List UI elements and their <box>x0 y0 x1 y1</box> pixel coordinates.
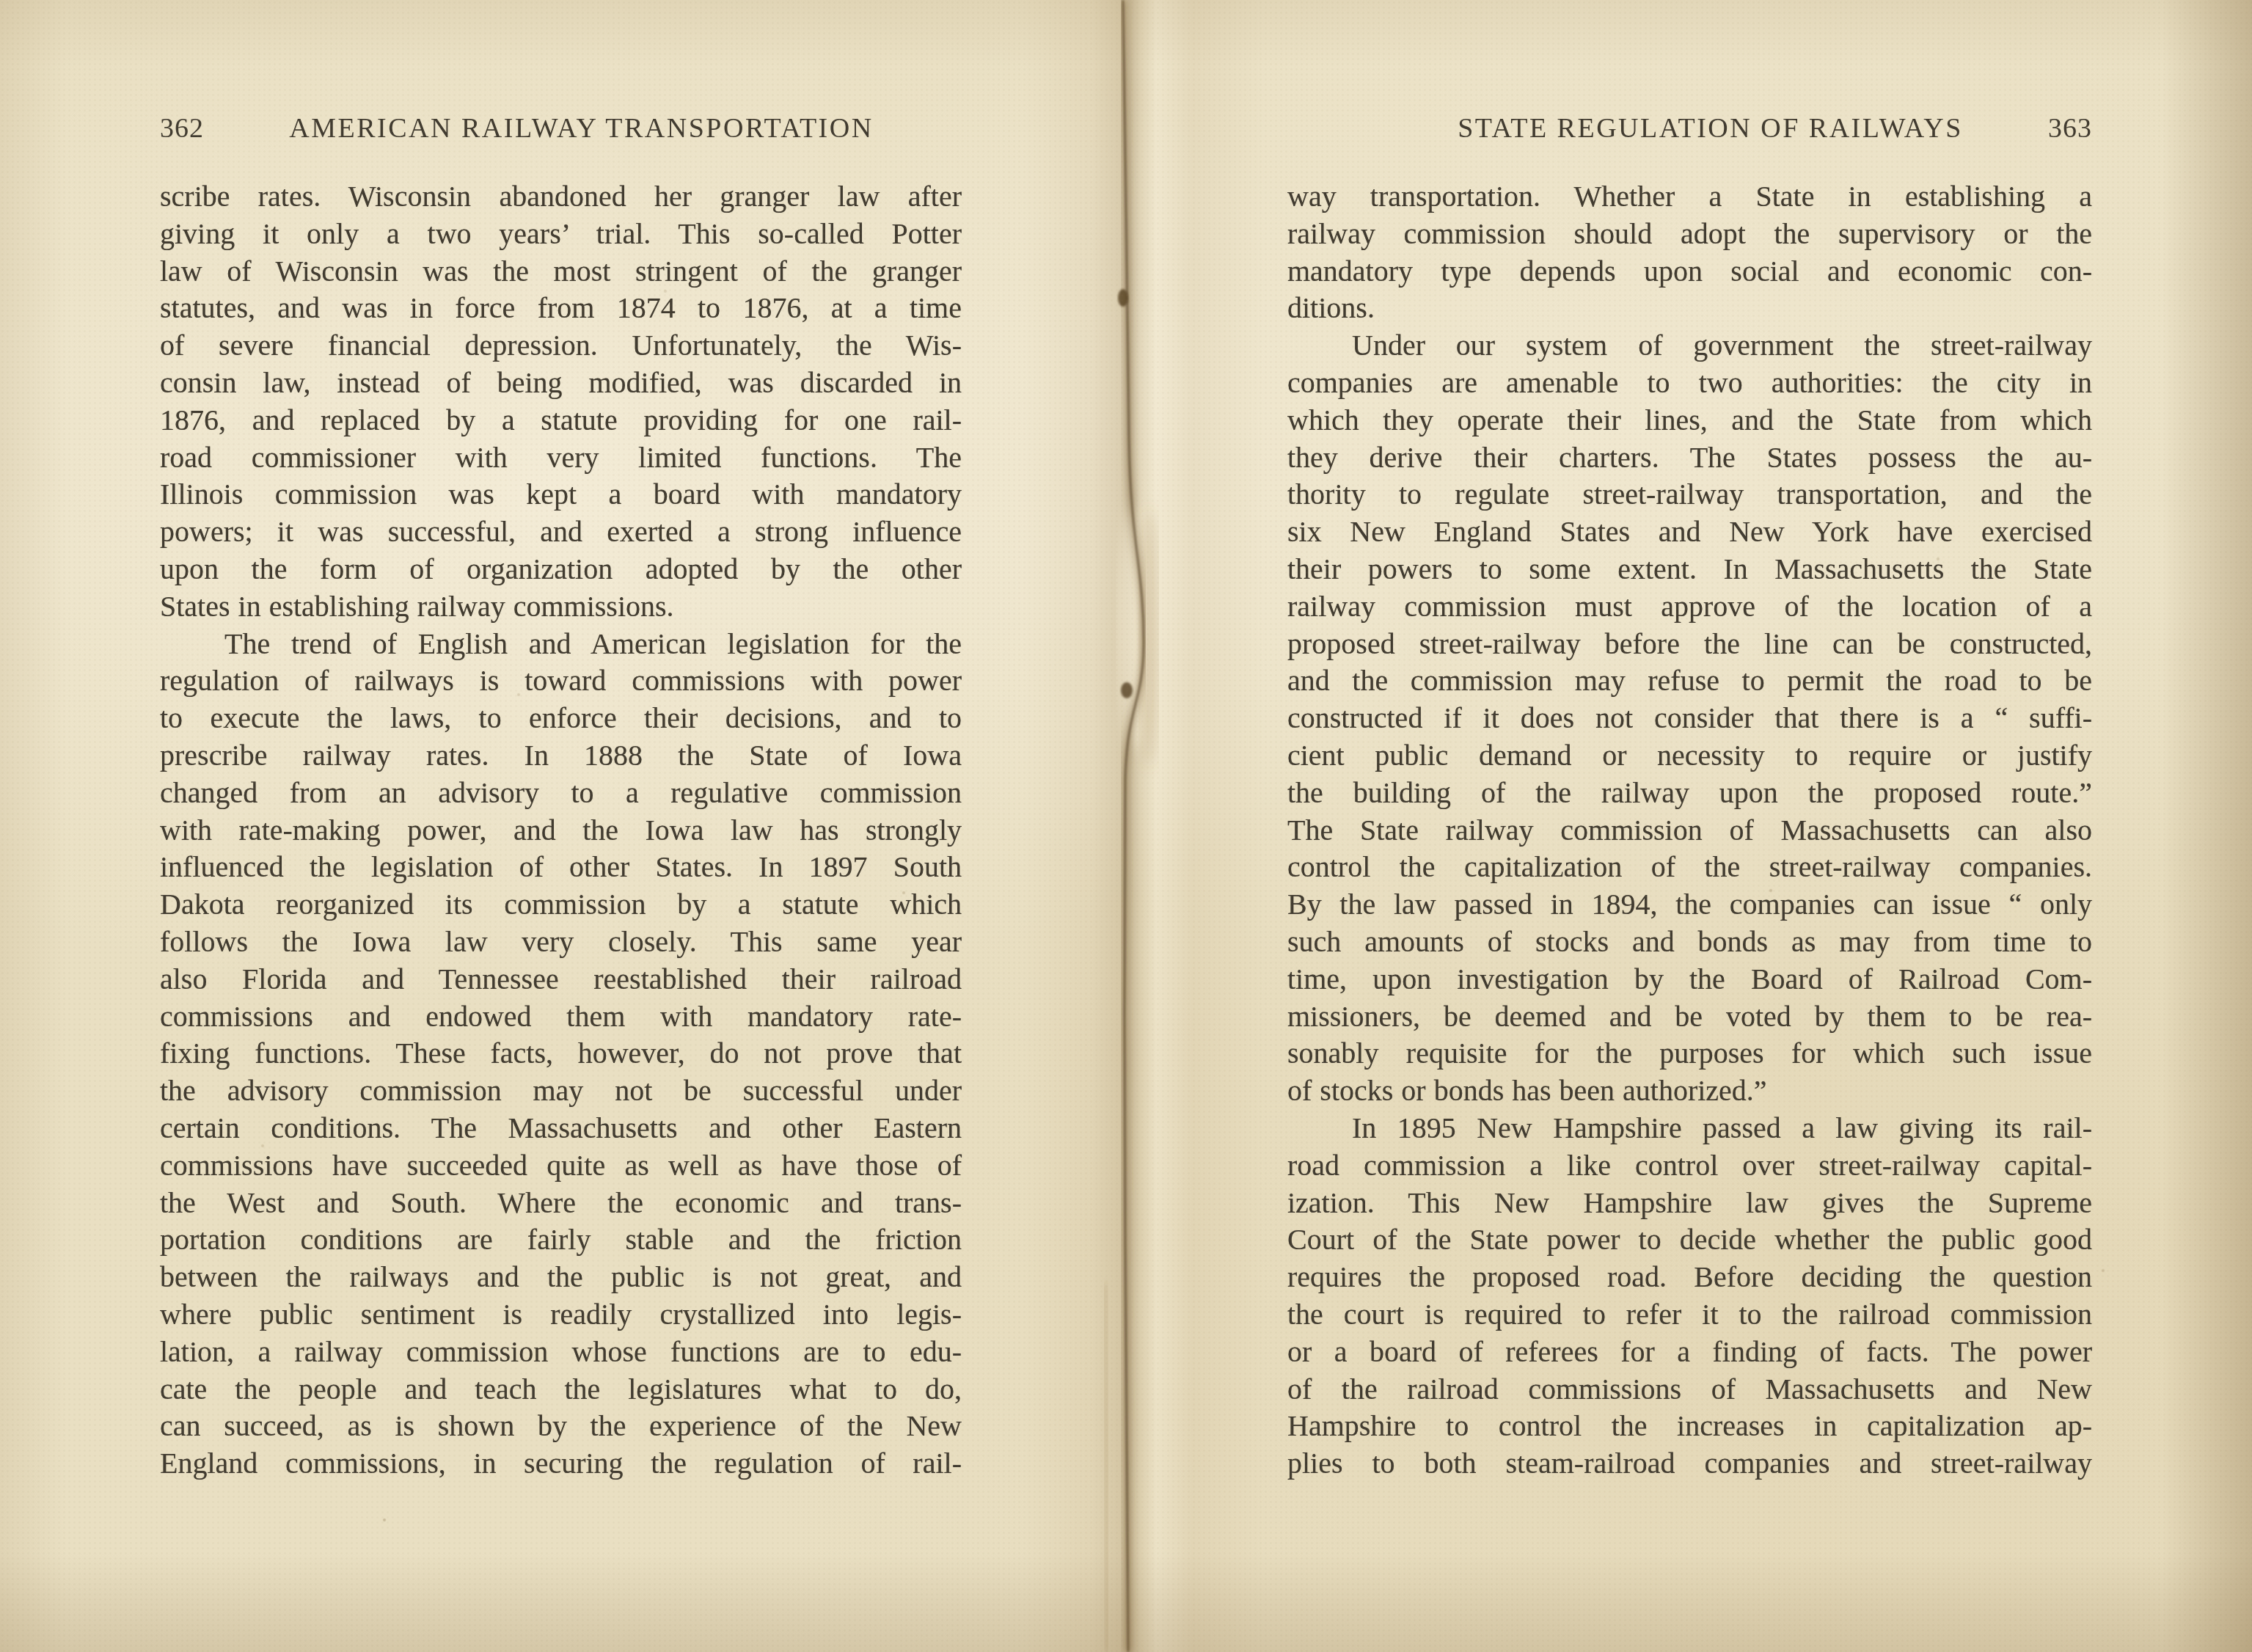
text-line: law of Wisconsin was the most stringent … <box>160 253 962 290</box>
crease-shadow <box>1123 0 1144 1652</box>
text-line: giving it only a two years’ trial. This … <box>160 216 962 253</box>
left-page-header: 362 AMERICAN RAILWAY TRANSPORTATION <box>160 112 962 145</box>
text-line: Illinois commission was kept a board wit… <box>160 476 962 513</box>
text-line: fixing functions. These facts, however, … <box>160 1035 962 1072</box>
secondary-crease <box>1105 1284 1108 1652</box>
thread-knot <box>1121 682 1133 698</box>
text-line: and the commission may refuse to permit … <box>1287 662 2092 700</box>
right-page-number: 363 <box>2048 112 2092 145</box>
text-line: the building of the railway upon the pro… <box>1287 775 2092 812</box>
text-line: prescribe railway rates. In 1888 the Sta… <box>160 737 962 775</box>
left-page-text: scribe rates. Wisconsin abandoned her gr… <box>160 178 962 1483</box>
text-line: requires the proposed road. Before decid… <box>1287 1259 2092 1296</box>
text-line: powers; it was successful, and exerted a… <box>160 513 962 551</box>
text-line: the West and South. Where the economic a… <box>160 1185 962 1222</box>
text-line: Court of the State power to decide wheth… <box>1287 1221 2092 1259</box>
binding-crease <box>1027 0 1262 1652</box>
text-line: consin law, instead of being modified, w… <box>160 365 962 402</box>
text-line: such amounts of stocks and bonds as may … <box>1287 924 2092 961</box>
left-page-number: 362 <box>160 112 204 145</box>
text-line: which they operate their lines, and the … <box>1287 402 2092 439</box>
crease-line <box>1123 0 1144 1652</box>
text-line: railway commission should adopt the supe… <box>1287 216 2092 253</box>
text-line: 1876, and replaced by a statute providin… <box>160 402 962 439</box>
text-line: regulation of railways is toward commiss… <box>160 662 962 700</box>
text-line: upon the form of organization adopted by… <box>160 551 962 588</box>
text-line: Dakota reorganized its commission by a s… <box>160 886 962 924</box>
text-line: changed from an advisory to a regulative… <box>160 775 962 812</box>
book-spread: 362 AMERICAN RAILWAY TRANSPORTATION scri… <box>0 0 2252 1652</box>
text-line: or a board of referees for a finding of … <box>1287 1334 2092 1371</box>
book-gutter <box>1023 0 1265 1652</box>
paper-specks <box>0 0 3 3</box>
thread-knot <box>1118 289 1128 307</box>
text-line: The State railway commission of Massachu… <box>1287 812 2092 849</box>
text-line: control the capitalization of the street… <box>1287 849 2092 886</box>
left-page: 362 AMERICAN RAILWAY TRANSPORTATION scri… <box>160 112 962 1483</box>
text-line: road commissioner with very limited func… <box>160 439 962 477</box>
text-line: also Florida and Tennessee reestablished… <box>160 961 962 998</box>
text-line: In 1895 New Hampshire passed a law givin… <box>1287 1110 2092 1147</box>
text-line: their powers to some extent. In Massachu… <box>1287 551 2092 588</box>
text-line: ization. This New Hampshire law gives th… <box>1287 1185 2092 1222</box>
text-line: to execute the laws, to enforce their de… <box>160 700 962 737</box>
text-line: between the railways and the public is n… <box>160 1259 962 1296</box>
text-line: the court is required to refer it to the… <box>1287 1296 2092 1334</box>
text-line: of stocks or bonds has been authorized.” <box>1287 1072 2092 1110</box>
text-line: follows the Iowa law very closely. This … <box>160 924 962 961</box>
fold-shadow <box>1141 510 1157 767</box>
text-line: ditions. <box>1287 290 2092 327</box>
text-line: railway commission must approve of the l… <box>1287 588 2092 626</box>
left-running-title: AMERICAN RAILWAY TRANSPORTATION <box>289 112 873 145</box>
text-line: cate the people and teach the legislatur… <box>160 1371 962 1408</box>
text-line: Hampshire to control the increases in ca… <box>1287 1408 2092 1445</box>
text-line: England commissions, in securing the reg… <box>160 1445 962 1483</box>
text-line: commissions and endowed them with mandat… <box>160 998 962 1036</box>
text-line: portation conditions are fairly stable a… <box>160 1221 962 1259</box>
text-line: the advisory commission may not be succe… <box>160 1072 962 1110</box>
text-line: influenced the legislation of other Stat… <box>160 849 962 886</box>
text-line: missioners, be deemed and be voted by th… <box>1287 998 2092 1036</box>
text-line: of the railroad commissions of Massachus… <box>1287 1371 2092 1408</box>
text-line: constructed if it does not consider that… <box>1287 700 2092 737</box>
right-page-header: STATE REGULATION OF RAILWAYS 363 <box>1287 112 2092 145</box>
right-page-text: way transportation. Whether a State in e… <box>1287 178 2092 1483</box>
text-line: cient public demand or necessity to requ… <box>1287 737 2092 775</box>
text-line: time, upon investigation by the Board of… <box>1287 961 2092 998</box>
right-page: STATE REGULATION OF RAILWAYS 363 way tra… <box>1287 112 2092 1483</box>
text-line: where public sentiment is readily crysta… <box>160 1296 962 1334</box>
text-line: plies to both steam-railroad companies a… <box>1287 1445 2092 1483</box>
text-line: By the law passed in 1894, the companies… <box>1287 886 2092 924</box>
text-line: States in establishing railway commissio… <box>160 588 962 626</box>
text-line: commissions have succeeded quite as well… <box>160 1147 962 1185</box>
text-line: The trend of English and American legisl… <box>160 626 962 663</box>
text-line: certain conditions. The Massachusetts an… <box>160 1110 962 1147</box>
text-line: Under our system of government the stree… <box>1287 327 2092 365</box>
text-line: statutes, and was in force from 1874 to … <box>160 290 962 327</box>
right-running-title: STATE REGULATION OF RAILWAYS <box>1458 112 1963 145</box>
text-line: mandatory type depends upon social and e… <box>1287 253 2092 290</box>
text-line: can succeed, as is shown by the experien… <box>160 1408 962 1445</box>
text-line: thority to regulate street-railway trans… <box>1287 476 2092 513</box>
fold-highlight <box>1119 506 1155 748</box>
text-line: they derive their charters. The States p… <box>1287 439 2092 477</box>
text-line: sonably requisite for the purposes for w… <box>1287 1035 2092 1072</box>
text-line: companies are amenable to two authoritie… <box>1287 365 2092 402</box>
text-line: way transportation. Whether a State in e… <box>1287 178 2092 216</box>
text-line: road commission a like control over stre… <box>1287 1147 2092 1185</box>
text-line: six New England States and New York have… <box>1287 513 2092 551</box>
text-line: with rate-making power, and the Iowa law… <box>160 812 962 849</box>
text-line: lation, a railway commission whose funct… <box>160 1334 962 1371</box>
text-line: proposed street-railway before the line … <box>1287 626 2092 663</box>
text-line: of severe financial depression. Unfortun… <box>160 327 962 365</box>
text-line: scribe rates. Wisconsin abandoned her gr… <box>160 178 962 216</box>
